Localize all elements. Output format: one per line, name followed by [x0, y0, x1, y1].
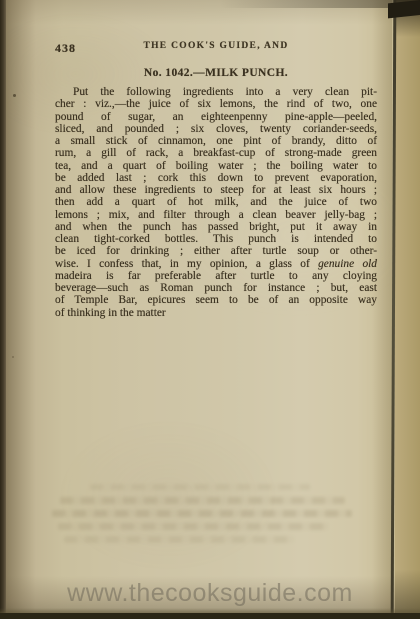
running-header: 438 THE COOK'S GUIDE, AND: [55, 41, 377, 54]
showthrough-ghost-line: [52, 510, 352, 517]
body-line: of thinking in the matter: [55, 307, 377, 319]
page-number: 438: [55, 41, 76, 56]
text-segment: Put the following ingredients into a ver…: [73, 86, 377, 98]
watermark: www.thecooksguide.com: [0, 579, 420, 608]
body-line: Put the following ingredients into a ver…: [55, 86, 377, 98]
body-line: of Temple Bar, epicures seem to be of an…: [55, 294, 377, 306]
text-segment: lemons ; mix, and filter through a clean…: [55, 209, 377, 221]
showthrough-ghost-line: [60, 497, 345, 504]
body-line: madeira is far preferable after turtle t…: [55, 270, 377, 282]
text-segment: rum, a gill of rack, a breakfast-cup of …: [55, 147, 377, 159]
body-line: tea, and a quart of boiling water ; the …: [55, 160, 377, 172]
body-line: beverage—such as Roman punch for instanc…: [55, 282, 377, 294]
text-segment: of thinking in the matter: [55, 307, 166, 319]
text-segment: cher : viz.,—the juice of six lemons, th…: [55, 98, 377, 110]
body-line: cher : viz.,—the juice of six lemons, th…: [55, 98, 377, 110]
gutter-shadow: [6, 0, 36, 619]
body-line: sliced, and pounded ; six cloves, twenty…: [55, 123, 377, 135]
body-line: a small stick of cinnamon, one pint of b…: [55, 135, 377, 147]
text-segment: pound of sugar, an eighteenpenny pine-ap…: [55, 111, 377, 123]
text-segment: sliced, and pounded ; six cloves, twenty…: [55, 123, 377, 135]
text-segment: then add a quart of hot milk, and the ju…: [55, 196, 377, 208]
text-segment: tea, and a quart of boiling water ; the …: [55, 160, 377, 172]
adjacent-page-edge: [395, 0, 420, 619]
book-spine-edge: [0, 0, 6, 619]
page-content: 438 THE COOK'S GUIDE, AND No. 1042.—MILK…: [55, 41, 377, 319]
body-line: clean tight-corked bottles. This punch i…: [55, 233, 377, 245]
body-line: lemons ; mix, and filter through a clean…: [55, 209, 377, 221]
body-line: pound of sugar, an eighteenpenny pine-ap…: [55, 111, 377, 123]
showthrough-ghost-line: [58, 523, 328, 530]
text-segment: and allow these ingredients to steep for…: [55, 184, 377, 196]
body-line: and allow these ingredients to steep for…: [55, 184, 377, 196]
showthrough-ghost-line: [90, 484, 310, 490]
body-line: be added last ; cork this down to preven…: [55, 172, 377, 184]
body-line: wise. I confess that, in my opinion, a g…: [55, 258, 377, 270]
body-line: then add a quart of hot milk, and the ju…: [55, 196, 377, 208]
ink-speck: [12, 356, 14, 358]
text-segment: and when the punch has passed bright, pu…: [55, 221, 377, 233]
body-line: and when the punch has passed bright, pu…: [55, 221, 377, 233]
text-segment: madeira is far preferable after turtle t…: [55, 270, 377, 282]
showthrough-ghost-line: [64, 536, 294, 543]
scanned-book-page: 438 THE COOK'S GUIDE, AND No. 1042.—MILK…: [0, 0, 420, 619]
body-line: rum, a gill of rack, a breakfast-cup of …: [55, 147, 377, 159]
italic-phrase: genuine old: [318, 258, 377, 270]
text-segment: a small stick of cinnamon, one pint of b…: [55, 135, 377, 147]
text-segment: wise. I confess that, in my opinion, a g…: [55, 258, 318, 270]
body-line: be iced for drinking ; either after turt…: [55, 245, 377, 257]
bottom-edge: [0, 613, 420, 619]
running-header-title: THE COOK'S GUIDE, AND: [55, 41, 377, 51]
text-segment: of Temple Bar, epicures seem to be of an…: [55, 294, 377, 306]
text-segment: beverage—such as Roman punch for instanc…: [55, 282, 377, 294]
ink-speck: [13, 94, 16, 97]
text-segment: be added last ; cork this down to preven…: [55, 172, 377, 184]
recipe-title: No. 1042.—MILK PUNCH.: [55, 67, 377, 79]
text-segment: be iced for drinking ; either after turt…: [55, 245, 377, 257]
body-text: Put the following ingredients into a ver…: [55, 86, 377, 319]
text-segment: clean tight-corked bottles. This punch i…: [55, 233, 377, 245]
